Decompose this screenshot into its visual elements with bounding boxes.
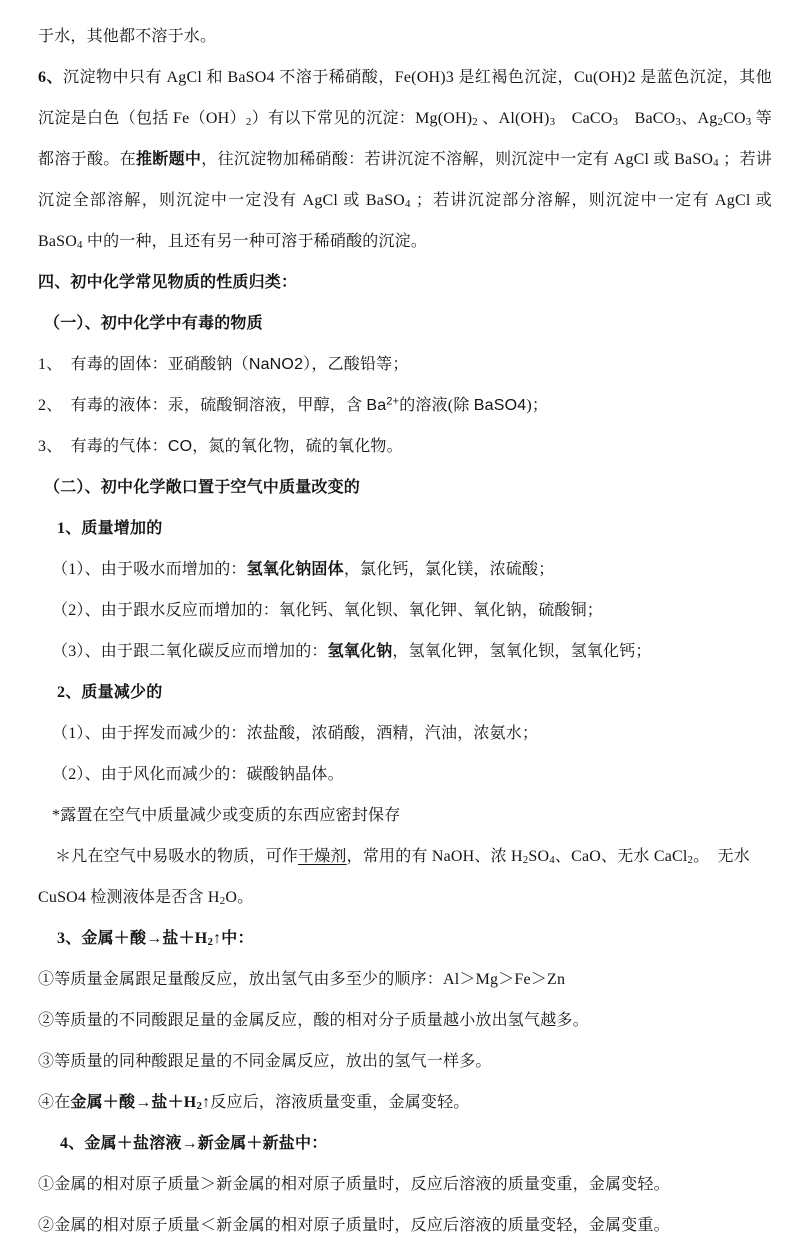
text-run: （2）、由于风化而减少的：碳酸钠晶体。 xyxy=(52,766,344,783)
text-run: ↑中： xyxy=(213,930,254,947)
text-run: 于水，其他都不溶于水。 xyxy=(38,28,216,45)
text-run: ，氢氧化钾，氢氧化钡，氢氧化钙； xyxy=(392,643,651,660)
text-run: 金属＋酸→盐＋H xyxy=(81,930,207,947)
text-run: ②等质量的不同酸跟足量的金属反应，酸的相对分子质量越小放出氢气越多。 xyxy=(38,1012,589,1029)
text-run: （2）、由于跟水反应而增加的：氧化钙、氧化钡、氧化钾、氧化钠，硫酸铜； xyxy=(52,602,603,619)
text-run: （1）、由于挥发而减少的：浓盐酸，浓硝酸，酒精，汽油，浓氨水； xyxy=(52,725,538,742)
point-same-acid: ③等质量的同种酸跟足量的不同金属反应，放出的氢气一样多。 xyxy=(38,1041,772,1082)
text-run: 2、 有毒的液体：汞，硫酸铜溶液，甲醇，含 xyxy=(38,397,366,414)
text-run: BaSO4 xyxy=(474,397,527,414)
text-run: ，氯化钙，氯化镁，浓硫酸； xyxy=(344,561,555,578)
heading-metal-acid-reaction: 3、金属＋酸→盐＋H2↑中： xyxy=(38,918,772,959)
text-run: ①金属的相对原子质量＞新金属的相对原子质量时，反应后溶液的质量变重，金属变轻。 xyxy=(38,1176,670,1193)
text-run: 氢氧化钠固体 xyxy=(247,561,344,578)
text-run: ），乙酸铅等； xyxy=(303,356,408,373)
text-run: 推断题中 xyxy=(136,151,201,168)
item-decrease-volatilize: （1）、由于挥发而减少的：浓盐酸，浓硝酸，酒精，汽油，浓氨水； xyxy=(38,713,772,754)
item-increase-absorb-water: （1）、由于吸水而增加的：氢氧化钠固体，氯化钙，氯化镁，浓硫酸； xyxy=(38,549,772,590)
heading-metal-salt-solution: 4、金属＋盐溶液→新金属＋新盐中： xyxy=(38,1123,772,1164)
text-run: 2+ xyxy=(386,396,399,408)
text-run: 6、 xyxy=(38,69,63,86)
item-toxic-liquid: 2、 有毒的液体：汞，硫酸铜溶液，甲醇，含 Ba2+的溶液(除 BaSO4)； xyxy=(38,385,772,426)
text-run: 、CaO、无水 CaCl xyxy=(555,848,688,865)
text-run: CaCO xyxy=(555,110,612,127)
text-run: 、Ag xyxy=(681,110,717,127)
text-run: SO xyxy=(528,848,549,865)
text-run: )； xyxy=(526,397,548,414)
item-increase-react-co2: （3）、由于跟二氧化碳反应而增加的：氢氧化钠，氢氧化钾，氢氧化钡，氢氧化钙； xyxy=(38,631,772,672)
text-run: （1）、由于吸水而增加的： xyxy=(52,561,247,578)
text-run: 金属＋酸→盐＋H xyxy=(70,1094,196,1111)
heading-subsection-two-open-air: （二）、初中化学敞口置于空气中质量改变的 xyxy=(38,467,772,508)
text-run: BaCO xyxy=(618,110,675,127)
note-desiccant: ＊凡在空气中易吸水的物质，可作干燥剂，常用的有 NaOH、浓 H2SO4、CaO… xyxy=(38,836,772,918)
point-after-reaction: ④在金属＋酸→盐＋H2↑反应后，溶液质量变重，金属变轻。 xyxy=(38,1082,772,1123)
note-sealed-storage: *露置在空气中质量减少或变质的东西应密封保存 xyxy=(38,795,772,836)
text-run: ④在 xyxy=(38,1094,70,1111)
document-content: 于水，其他都不溶于水。6、沉淀物中只有 AgCl 和 BaSO4 不溶于稀硝酸，… xyxy=(38,16,772,1246)
text-run: 、Al(OH) xyxy=(478,110,550,127)
item-toxic-gas: 3、 有毒的气体：CO，氮的氧化物，硫的氧化物。 xyxy=(38,426,772,467)
text-run: 3、 xyxy=(57,930,81,947)
text-run: 2、质量减少的 xyxy=(57,684,162,701)
text-run: NaNO2 xyxy=(249,356,303,373)
text-run: ③等质量的同种酸跟足量的不同金属反应，放出的氢气一样多。 xyxy=(38,1053,492,1070)
text-run: ，往沉淀物加稀硝酸：若讲沉淀不溶解，则沉淀中一定有 AgCl 或 BaSO xyxy=(201,151,713,168)
text-run: CO xyxy=(723,110,746,127)
point-different-acids: ②等质量的不同酸跟足量的金属反应，酸的相对分子质量越小放出氢气越多。 xyxy=(38,1000,772,1041)
text-run: 四、初中化学常见物质的性质归类： xyxy=(38,274,297,291)
text-run: ，氮的氧化物，硫的氧化物。 xyxy=(192,438,403,455)
text-run: （一）、初中化学中有毒的物质 xyxy=(44,315,263,332)
item-increase-react-water: （2）、由于跟水反应而增加的：氧化钙、氧化钡、氧化钾、氧化钠，硫酸铜； xyxy=(38,590,772,631)
heading-mass-decrease: 2、质量减少的 xyxy=(38,672,772,713)
text-run: （3）、由于跟二氧化碳反应而增加的： xyxy=(52,643,328,660)
point-salt-heavier: ①金属的相对原子质量＞新金属的相对原子质量时，反应后溶液的质量变重，金属变轻。 xyxy=(38,1164,772,1205)
para-intro-continuation: 于水，其他都不溶于水。 xyxy=(38,16,772,57)
text-run: 中的一种，且还有另一种可溶于稀硝酸的沉淀。 xyxy=(83,233,427,250)
point-hydrogen-order: ①等质量金属跟足量酸反应，放出氢气由多至少的顺序：Al＞Mg＞Fe＞Zn xyxy=(38,959,772,1000)
text-run: 1、 有毒的固体：亚硝酸钠（ xyxy=(38,356,249,373)
text-run: 1、质量增加的 xyxy=(57,520,162,537)
text-run: ＊凡在空气中易吸水的物质，可作 xyxy=(55,848,298,865)
text-run: 4、金属＋盐溶液→新金属＋新盐中： xyxy=(60,1135,327,1152)
point-salt-lighter: ②金属的相对原子质量＜新金属的相对原子质量时，反应后溶液的质量变轻，金属变重。 xyxy=(38,1205,772,1246)
text-run: ，常用的有 NaOH、浓 H xyxy=(347,848,523,865)
text-run: Ba xyxy=(366,397,386,414)
text-run: ②金属的相对原子质量＜新金属的相对原子质量时，反应后溶液的质量变轻，金属变重。 xyxy=(38,1217,670,1234)
item-decrease-weathering: （2）、由于风化而减少的：碳酸钠晶体。 xyxy=(38,754,772,795)
text-run: ①等质量金属跟足量酸反应，放出氢气由多至少的顺序：Al＞Mg＞Fe＞Zn xyxy=(38,971,565,988)
text-run: CO xyxy=(168,438,192,455)
text-run: O。 xyxy=(225,889,253,906)
text-run: ）有以下常见的沉淀：Mg(OH) xyxy=(252,110,473,127)
heading-section-four: 四、初中化学常见物质的性质归类： xyxy=(38,262,772,303)
text-run: （二）、初中化学敞口置于空气中质量改变的 xyxy=(44,479,360,496)
text-run: 干燥剂 xyxy=(298,848,347,865)
text-run: 3、 有毒的气体： xyxy=(38,438,168,455)
text-run: 反应后，溶液质量变重，金属变轻。 xyxy=(210,1094,469,1111)
text-run: *露置在空气中质量减少或变质的东西应密封保存 xyxy=(52,807,400,824)
document-page: 于水，其他都不溶于水。6、沉淀物中只有 AgCl 和 BaSO4 不溶于稀硝酸，… xyxy=(0,0,800,1247)
heading-mass-increase: 1、质量增加的 xyxy=(38,508,772,549)
text-run: 氢氧化钠 xyxy=(328,643,393,660)
item-toxic-solid: 1、 有毒的固体：亚硝酸钠（NaNO2），乙酸铅等； xyxy=(38,344,772,385)
heading-subsection-one-toxic: （一）、初中化学中有毒的物质 xyxy=(38,303,772,344)
text-run: 的溶液(除 xyxy=(399,397,474,414)
para-point-6-precipitates: 6、沉淀物中只有 AgCl 和 BaSO4 不溶于稀硝酸，Fe(OH)3 是红褐… xyxy=(38,57,772,262)
